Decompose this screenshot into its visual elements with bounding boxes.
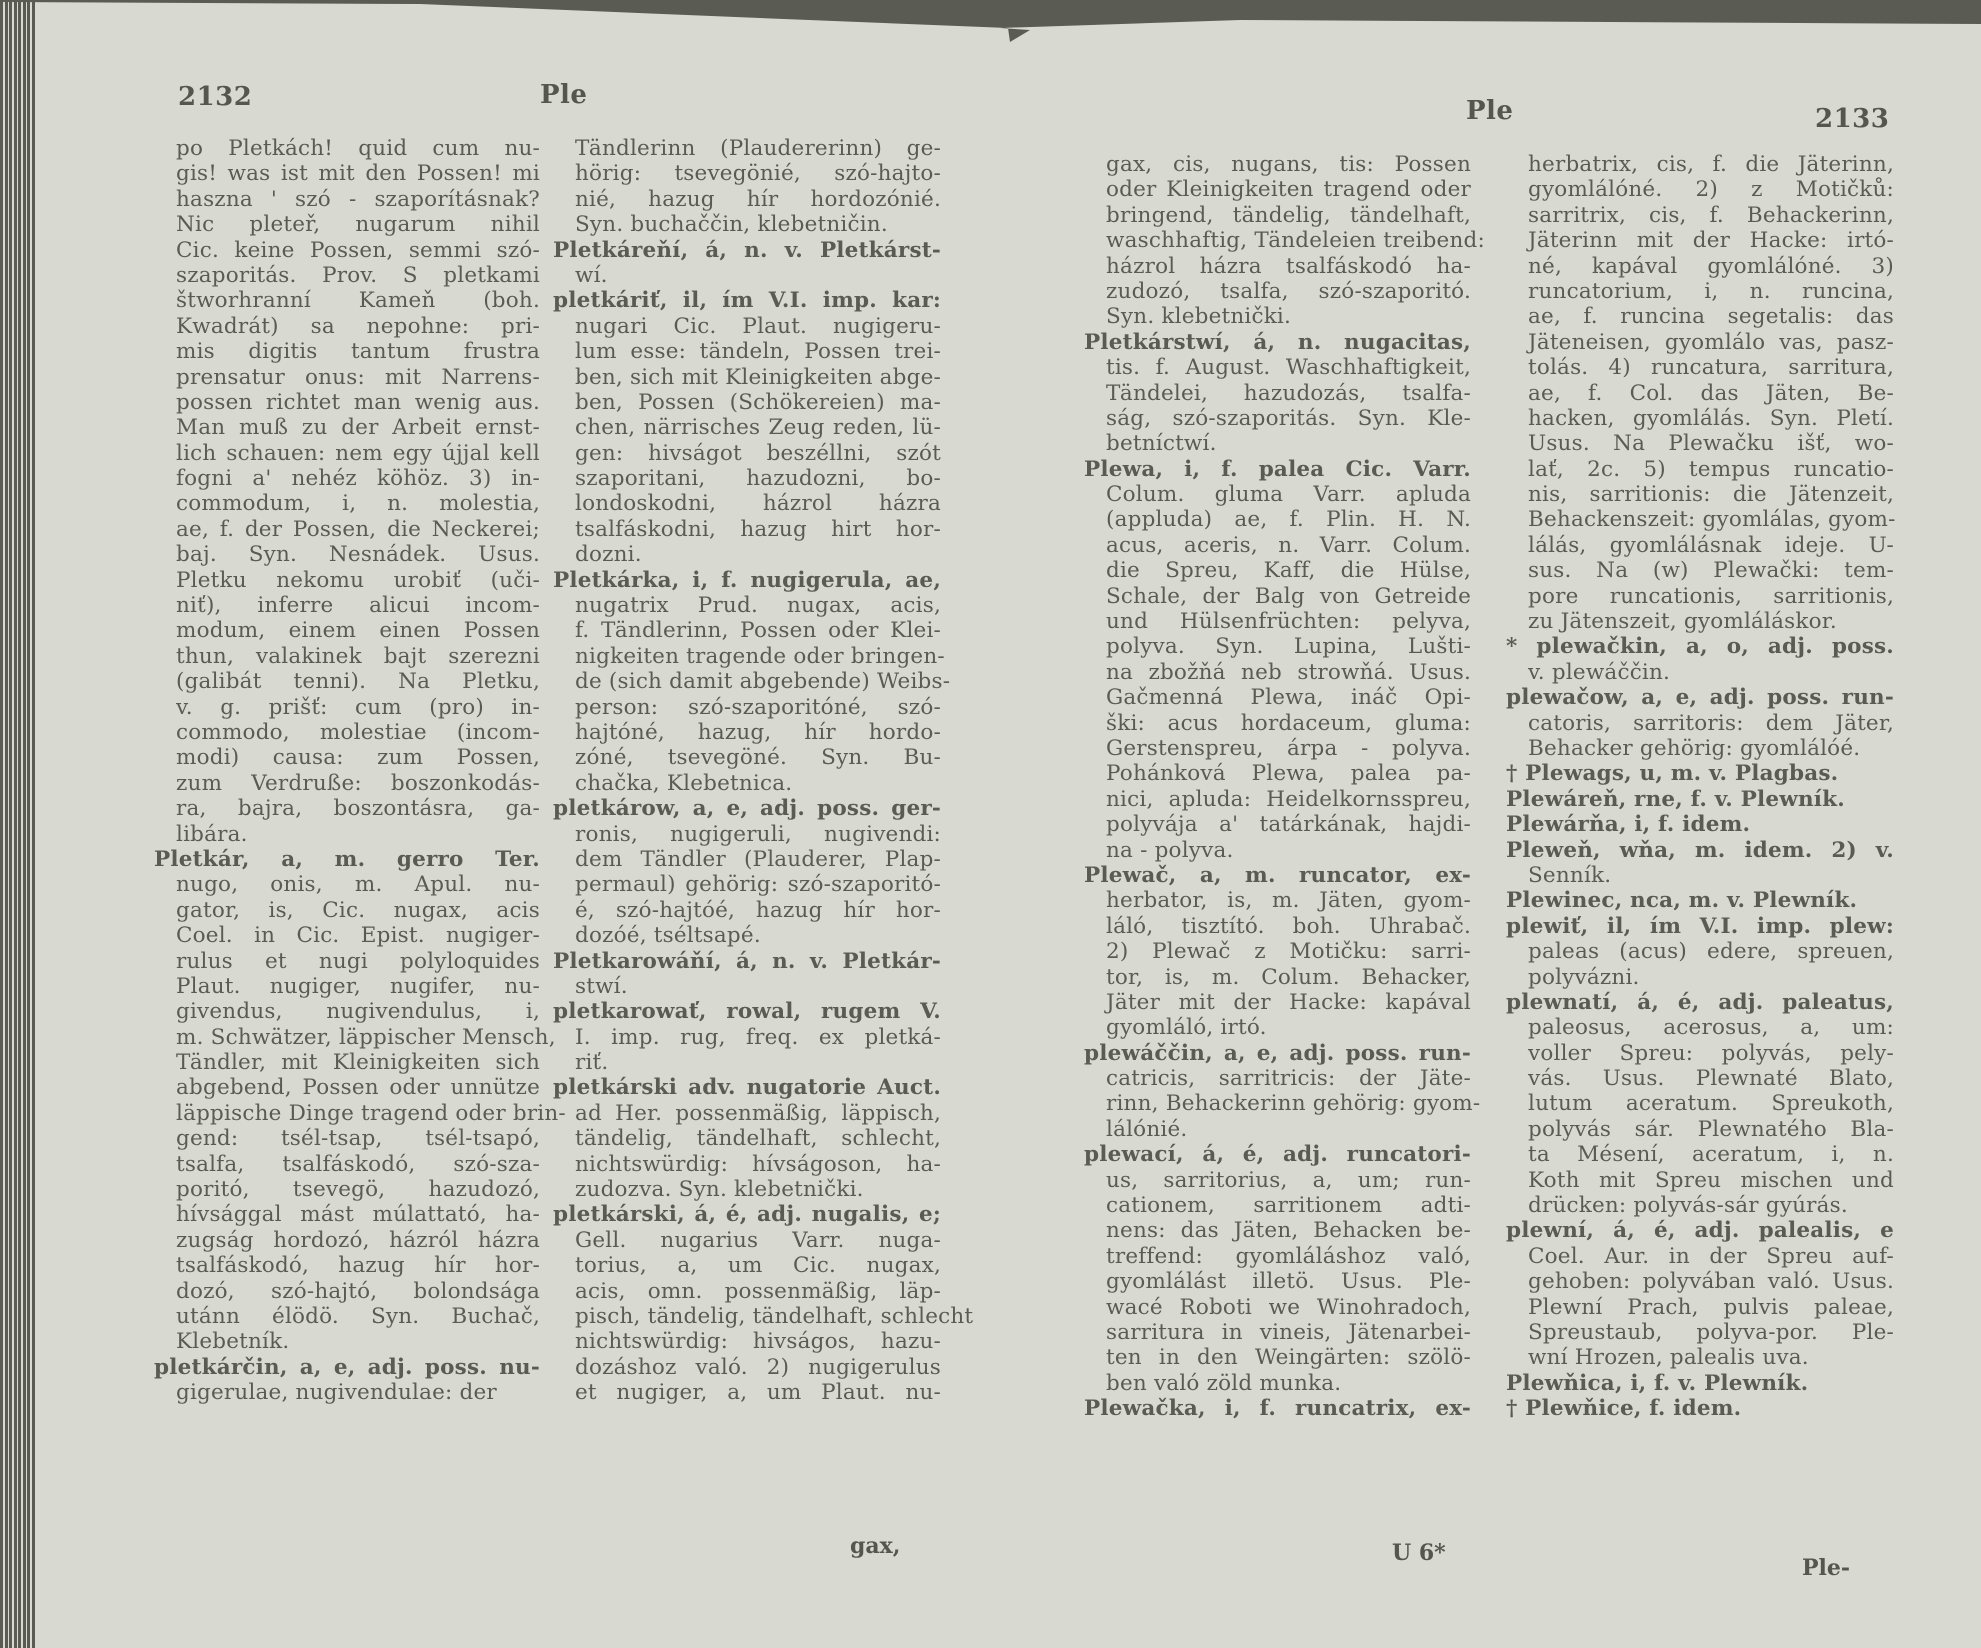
- entry-headword-line: Pletkárstwí, á, n. nugacitas,: [1084, 330, 1471, 355]
- entry-headword-line: plewiť, il, ím V.I. imp. plew:: [1506, 914, 1894, 939]
- text-line: Gačmenná Plewa, ináč Opi-: [1106, 685, 1471, 710]
- text-line: Klebetník.: [176, 1329, 540, 1354]
- text-line: londoskodni, házrol házra: [575, 491, 941, 516]
- entry-headword-line: Plewinec, nca, m. v. Plewník.: [1506, 888, 1894, 913]
- text-line: gyomlálóné. 2) z Motičků:: [1528, 177, 1894, 202]
- text-line: Syn. klebetnički.: [1106, 304, 1471, 329]
- entry-headword-line: † Plewags, u, m. v. Plagbas.: [1506, 761, 1894, 786]
- text-line: (galibát tenni). Na Pletku,: [176, 669, 540, 694]
- text-line: de (sich damit abgebende) Weibs-: [575, 669, 941, 694]
- text-line: niť), inferre alicui incom-: [176, 593, 540, 618]
- text-line: gator, is, Cic. nugax, acis: [176, 898, 540, 923]
- text-line: Coel. Aur. in der Spreu auf-: [1528, 1244, 1894, 1269]
- text-line: na zbožňá neb strowňá. Usus.: [1106, 660, 1471, 685]
- text-line: dem Tändler (Plauderer, Plap-: [575, 847, 941, 872]
- text-line: ben való zöld munka.: [1106, 1371, 1471, 1396]
- text-line: commodum, i, n. molestia,: [176, 491, 540, 516]
- text-line: Tändler, mit Kleinigkeiten sich: [176, 1050, 540, 1075]
- running-head: Ple: [1466, 96, 1513, 126]
- text-line: lálónié.: [1106, 1117, 1471, 1142]
- entry-headword-line: Pleweň, wňa, m. idem. 2) v.: [1506, 838, 1894, 863]
- text-line: herbatrix, cis, f. die Jäterinn,: [1528, 152, 1894, 177]
- text-line: lutum aceratum. Spreukoth,: [1528, 1091, 1894, 1116]
- text-line: stwí.: [575, 974, 941, 999]
- text-line: betníctwí.: [1106, 431, 1471, 456]
- text-line: sus. Na (w) Plewački: tem-: [1528, 558, 1894, 583]
- text-line: Gerstenspreu, árpa - polyva.: [1106, 736, 1471, 761]
- text-line: torius, a, um Cic. nugax,: [575, 1253, 941, 1278]
- text-line: Pohánková Plewa, palea pa-: [1106, 761, 1471, 786]
- entry-headword-line: plewačow, a, e, adj. poss. run-: [1506, 685, 1894, 710]
- text-line: libára.: [176, 822, 540, 847]
- entry-headword-line: pletkárčin, a, e, adj. poss. nu-: [154, 1355, 540, 1380]
- text-line: hacken, gyomlálás. Syn. Pletí.: [1528, 406, 1894, 431]
- text-line: m. Schwätzer, läppischer Mensch,: [176, 1025, 540, 1050]
- text-line: possen richtet man wenig aus.: [176, 390, 540, 415]
- text-line: Syn. buchaččin, klebetničin.: [575, 212, 941, 237]
- text-line: Jäterinn mit der Hacke: irtó-: [1528, 228, 1894, 253]
- entry-headword-line: Pletkarowáňí, á, n. v. Pletkár-: [553, 949, 941, 974]
- text-line: dozáshoz való. 2) nugigerulus: [575, 1355, 941, 1380]
- text-line: us, sarritorius, a, um; run-: [1106, 1168, 1471, 1193]
- text-line: Usus. Na Plewačku išť, wo-: [1528, 431, 1894, 456]
- text-line: catoris, sarritoris: dem Jäter,: [1528, 711, 1894, 736]
- text-line: Jäter mit der Hacke: kapával: [1106, 990, 1471, 1015]
- text-line: wní Hrozen, palealis uva.: [1528, 1345, 1894, 1370]
- text-line: zudozva. Syn. klebetnički.: [575, 1177, 941, 1202]
- text-line: szaporitani, hazudozni, bo-: [575, 466, 941, 491]
- text-line: Plaut. nugiger, nugifer, nu-: [176, 974, 540, 999]
- text-line: ronis, nugigeruli, nugivendi:: [575, 822, 941, 847]
- text-line: vás. Usus. Plewnaté Blato,: [1528, 1066, 1894, 1091]
- text-line: nugari Cic. Plaut. nugigeru-: [575, 314, 941, 339]
- text-line: dozóé, tséltsapé.: [575, 923, 941, 948]
- entry-headword-line: Plewa, i, f. palea Cic. Varr.: [1084, 457, 1471, 482]
- entry-headword-line: pletkarowať, rowal, rugem V.: [553, 999, 941, 1024]
- entry-headword-line: Plewňica, i, f. v. Plewník.: [1506, 1371, 1894, 1396]
- text-line: Kwadrát) sa nepohne: pri-: [176, 314, 540, 339]
- text-line: abgebend, Possen oder unnütze: [176, 1075, 540, 1100]
- text-line: Colum. gluma Varr. apluda: [1106, 482, 1471, 507]
- text-line: Man muß zu der Arbeit ernst-: [176, 415, 540, 440]
- text-line: und Hülsenfrüchten: pelyva,: [1106, 609, 1471, 634]
- text-line: paleosus, acerosus, a, um:: [1528, 1015, 1894, 1040]
- text-line: riť.: [575, 1050, 941, 1075]
- text-column-2: Tändlerinn (Plaudererinn) ge-hörig: tsev…: [575, 136, 941, 1406]
- text-line: házrol házra tsalfáskodó ha-: [1106, 254, 1471, 279]
- text-line: gyomlálást illetö. Usus. Ple-: [1106, 1269, 1471, 1294]
- text-line: baj. Syn. Nesnádek. Usus.: [176, 542, 540, 567]
- text-column-1: po Pletkách! quid cum nu-gis! was ist mi…: [176, 136, 540, 1406]
- text-line: tsalfa, tsalfáskodó, szó-sza-: [176, 1152, 540, 1177]
- text-line: chen, närrisches Zeug reden, lü-: [575, 415, 941, 440]
- text-line: lálás, gyomlálásnak ideje. U-: [1528, 533, 1894, 558]
- text-line: sarritura in vineis, Jätenarbei-: [1106, 1320, 1471, 1345]
- text-line: ae, f. der Possen, die Neckerei;: [176, 517, 540, 542]
- entry-headword-line: * plewačkin, a, o, adj. poss.: [1506, 634, 1894, 659]
- text-line: läppische Dinge tragend oder brin-: [176, 1101, 540, 1126]
- text-line: gyomláló, irtó.: [1106, 1015, 1471, 1040]
- text-line: 2) Plewač z Motičku: sarri-: [1106, 939, 1471, 964]
- text-line: chačka, Klebetnica.: [575, 771, 941, 796]
- text-line: Spreustaub, polyva-por. Ple-: [1528, 1320, 1894, 1345]
- text-line: givendus, nugivendulus, i,: [176, 999, 540, 1024]
- text-line: bringend, tändelig, tändelhaft,: [1106, 203, 1471, 228]
- text-line: nis, sarritionis: die Jätenzeit,: [1528, 482, 1894, 507]
- text-line: oder Kleinigkeiten tragend oder: [1106, 177, 1471, 202]
- text-line: nichtswürdig: hívságoson, ha-: [575, 1152, 941, 1177]
- entry-headword-line: plewáččin, a, e, adj. poss. run-: [1084, 1041, 1471, 1066]
- text-line: pisch, tändelig, tändelhaft, schlecht: [575, 1304, 941, 1329]
- text-line: polyvája a' tatárkának, hajdi-: [1106, 812, 1471, 837]
- text-line: hajtóné, hazug, hír hordo-: [575, 720, 941, 745]
- text-line: láló, tisztító. boh. Uhrabač.: [1106, 914, 1471, 939]
- page-number: 2132: [178, 82, 252, 112]
- text-line: gen: hivságot beszéllni, szót: [575, 441, 941, 466]
- text-line: hörig: tsevegönié, szó-hajto-: [575, 161, 941, 186]
- text-line: gend: tsél-tsap, tsél-tsapó,: [176, 1126, 540, 1151]
- text-line: permaul) gehörig: szó-szaporitó-: [575, 872, 941, 897]
- text-line: f. Tändlerinn, Possen oder Klei-: [575, 618, 941, 643]
- text-line: v. plewáččin.: [1528, 660, 1894, 685]
- text-line: ság, szó-szaporitás. Syn. Kle-: [1106, 406, 1471, 431]
- text-line: szaporitás. Prov. S pletkami: [176, 263, 540, 288]
- entry-headword-line: plewní, á, é, adj. palealis, e: [1506, 1218, 1894, 1243]
- text-line: prensatur onus: mit Narrens-: [176, 365, 540, 390]
- text-line: wacé Roboti we Winohradoch,: [1106, 1295, 1471, 1320]
- left-page: 2132 Ple po Pletkách! quid cum nu-gis! w…: [0, 0, 1000, 1648]
- text-line: é, szó-hajtóé, hazug hír hor-: [575, 898, 941, 923]
- text-line: nugatrix Prud. nugax, acis,: [575, 593, 941, 618]
- text-column-3: gax, cis, nugans, tis: Possenoder Kleini…: [1106, 152, 1471, 1422]
- text-line: ten in den Weingärten: szölö-: [1106, 1345, 1471, 1370]
- text-line: Behackenszeit: gyomlálas, gyom-: [1528, 507, 1894, 532]
- text-line: haszna ' szó - szaporításnak?: [176, 187, 540, 212]
- printer-signature: U 6*: [1392, 1540, 1446, 1566]
- text-line: tsalfáskodó, hazug hír hor-: [176, 1253, 540, 1278]
- text-line: nichtswürdig: hivságos, hazu-: [575, 1329, 941, 1354]
- text-line: Plewní Prach, pulvis paleae,: [1528, 1295, 1894, 1320]
- text-line: poritó, tsevegö, hazudozó,: [176, 1177, 540, 1202]
- entry-headword-line: Pletkárka, i, f. nugigerula, ae,: [553, 568, 941, 593]
- text-line: Behacker gehörig: gyomlálóé.: [1528, 736, 1894, 761]
- entry-headword-line: pletkárow, a, e, adj. poss. ger-: [553, 796, 941, 821]
- text-line: nigkeiten tragende oder bringen-: [575, 644, 941, 669]
- text-line: nici, apluda: Heidelkornsspreu,: [1106, 787, 1471, 812]
- text-line: gis! was ist mit den Possen! mi: [176, 161, 540, 186]
- text-line: voller Spreu: polyvás, pely-: [1528, 1041, 1894, 1066]
- text-line: né, kapával gyomlálóné. 3): [1528, 254, 1894, 279]
- text-line: tolás. 4) runcatura, sarritura,: [1528, 355, 1894, 380]
- entry-headword-line: Plewač, a, m. runcator, ex-: [1084, 863, 1471, 888]
- text-line: tändelig, tändelhaft, schlecht,: [575, 1126, 941, 1151]
- entry-headword-line: pletkárski, á, é, adj. nugalis, e;: [553, 1202, 941, 1227]
- text-line: I. imp. rug, freq. ex pletká-: [575, 1025, 941, 1050]
- text-line: Schale, der Balg von Getreide: [1106, 584, 1471, 609]
- text-line: Jäteneisen, gyomlálo vas, pasz-: [1528, 330, 1894, 355]
- text-line: nié, hazug hír hordozónié.: [575, 187, 941, 212]
- text-line: ad Her. possenmäßig, läppisch,: [575, 1101, 941, 1126]
- text-line: Pletku nekomu urobiť (uči-: [176, 568, 540, 593]
- text-line: (appluda) ae, f. Plin. H. N.: [1106, 507, 1471, 532]
- text-line: modi) causa: zum Possen,: [176, 745, 540, 770]
- text-line: ra, bajra, boszontásra, ga-: [176, 796, 540, 821]
- text-line: Coel. in Cic. Epist. nugiger-: [176, 923, 540, 948]
- text-line: po Pletkách! quid cum nu-: [176, 136, 540, 161]
- entry-headword-line: pletkárski adv. nugatorie Auct.: [553, 1075, 941, 1100]
- entry-headword-line: plewací, á, é, adj. runcatori-: [1084, 1142, 1471, 1167]
- text-line: gax, cis, nugans, tis: Possen: [1106, 152, 1471, 177]
- text-line: mis digitis tantum frustra: [176, 339, 540, 364]
- text-line: thun, valakinek bajt szerezni: [176, 644, 540, 669]
- page-number: 2133: [1815, 104, 1889, 134]
- text-line: person: szó-szaporitóné, szó-: [575, 695, 941, 720]
- text-line: acis, omn. possenmäßig, läp-: [575, 1279, 941, 1304]
- text-line: fogni a' nehéz köhöz. 3) in-: [176, 466, 540, 491]
- text-line: gehoben: polyvában való. Usus.: [1528, 1269, 1894, 1294]
- text-line: zum Verdruße: boszonkodás-: [176, 771, 540, 796]
- text-line: lich schauen: nem egy újjal kell: [176, 441, 540, 466]
- text-line: rulus et nugi polyloquides: [176, 949, 540, 974]
- text-line: drücken: polyvás-sár gyúrás.: [1528, 1193, 1894, 1218]
- text-line: Koth mit Spreu mischen und: [1528, 1168, 1894, 1193]
- text-line: pore runcationis, sarritionis,: [1528, 584, 1894, 609]
- text-line: catricis, sarritricis: der Jäte-: [1106, 1066, 1471, 1091]
- text-line: lum esse: tändeln, Possen trei-: [575, 339, 941, 364]
- running-head: Ple: [540, 80, 587, 110]
- text-line: polyvás sár. Plewnatého Bla-: [1528, 1117, 1894, 1142]
- text-line: utánn élödö. Syn. Buchač,: [176, 1304, 540, 1329]
- text-line: herbator, is, m. Jäten, gyom-: [1106, 888, 1471, 913]
- entry-headword-line: Pletkáreňí, á, n. v. Pletkárst-: [553, 238, 941, 263]
- text-line: runcatorium, i, n. runcina,: [1528, 279, 1894, 304]
- text-line: paleas (acus) edere, spreuen,: [1528, 939, 1894, 964]
- text-line: polyvázni.: [1528, 965, 1894, 990]
- text-line: commodo, molestiae (incom-: [176, 720, 540, 745]
- text-line: rinn, Behackerinn gehörig: gyom-: [1106, 1091, 1471, 1116]
- text-line: ae, f. Col. das Jäten, Be-: [1528, 381, 1894, 406]
- text-line: die Spreu, Kaff, die Hülse,: [1106, 558, 1471, 583]
- text-line: Tändlerinn (Plaudererinn) ge-: [575, 136, 941, 161]
- text-line: tis. f. August. Waschhaftigkeit,: [1106, 355, 1471, 380]
- text-line: ben, Possen (Schökereien) ma-: [575, 390, 941, 415]
- text-column-4: herbatrix, cis, f. die Jäterinn,gyomláló…: [1528, 152, 1894, 1422]
- text-line: Tändelei, hazudozás, tsalfa-: [1106, 381, 1471, 406]
- text-line: zugság hordozó, házról házra: [176, 1228, 540, 1253]
- entry-headword-line: plewnatí, á, é, adj. paleatus,: [1506, 990, 1894, 1015]
- text-line: treffend: gyomláláshoz való,: [1106, 1244, 1471, 1269]
- text-line: hívsággal mást múlattató, ha-: [176, 1202, 540, 1227]
- entry-headword-line: Pletkár, a, m. gerro Ter.: [154, 847, 540, 872]
- text-line: zóné, tsevegöné. Syn. Bu-: [575, 745, 941, 770]
- text-line: waschhaftig, Tändeleien treibend:: [1106, 228, 1471, 253]
- text-line: lať, 2c. 5) tempus runcatio-: [1528, 457, 1894, 482]
- text-line: štworhranní Kameň (boh.: [176, 288, 540, 313]
- entry-headword-line: Plewáreň, rne, f. v. Plewník.: [1506, 787, 1894, 812]
- text-line: nugo, onis, m. Apul. nu-: [176, 872, 540, 897]
- text-line: et nugiger, a, um Plaut. nu-: [575, 1380, 941, 1405]
- text-line: ški: acus hordaceum, gluma:: [1106, 711, 1471, 736]
- text-line: sarritrix, cis, f. Behackerinn,: [1528, 203, 1894, 228]
- text-line: Nic pleteř, nugarum nihil: [176, 212, 540, 237]
- text-line: Gell. nugarius Varr. nuga-: [575, 1228, 941, 1253]
- text-line: modum, einem einen Possen: [176, 618, 540, 643]
- text-line: ta Mésení, aceratum, i, n.: [1528, 1142, 1894, 1167]
- text-line: polyva. Syn. Lupina, Lušti-: [1106, 634, 1471, 659]
- catchword: gax,: [850, 1533, 900, 1559]
- text-line: zu Jätenszeit, gyomláláskor.: [1528, 609, 1894, 634]
- text-line: ben, sich mit Kleinigkeiten abge-: [575, 365, 941, 390]
- text-line: Senník.: [1528, 863, 1894, 888]
- entry-headword-line: pletkáriť, il, ím V.I. imp. kar:: [553, 288, 941, 313]
- entry-headword-line: Plewačka, i, f. runcatrix, ex-: [1084, 1396, 1471, 1421]
- text-line: ae, f. runcina segetalis: das: [1528, 304, 1894, 329]
- text-line: dozó, szó-hajtó, bolondsága: [176, 1279, 540, 1304]
- text-line: acus, aceris, n. Varr. Colum.: [1106, 533, 1471, 558]
- entry-headword-line: † Plewňice, f. idem.: [1506, 1396, 1894, 1421]
- text-line: na - polyva.: [1106, 838, 1471, 863]
- text-line: tor, is, m. Colum. Behacker,: [1106, 965, 1471, 990]
- text-line: tsalfáskodni, hazug hirt hor-: [575, 517, 941, 542]
- text-line: zudozó, tsalfa, szó-szaporitó.: [1106, 279, 1471, 304]
- text-line: dozni.: [575, 542, 941, 567]
- entry-headword-line: Plewárňa, i, f. idem.: [1506, 812, 1894, 837]
- text-line: nens: das Jäten, Behacken be-: [1106, 1218, 1471, 1243]
- text-line: gigerulae, nugivendulae: der: [176, 1380, 540, 1405]
- right-page: Ple 2133 gax, cis, nugans, tis: Possenod…: [1000, 0, 1981, 1648]
- text-line: v. g. prišť: cum (pro) in-: [176, 695, 540, 720]
- text-line: cationem, sarritionem adti-: [1106, 1193, 1471, 1218]
- text-line: Cic. keine Possen, semmi szó-: [176, 238, 540, 263]
- text-line: wí.: [575, 263, 941, 288]
- catchword: Ple-: [1802, 1555, 1850, 1581]
